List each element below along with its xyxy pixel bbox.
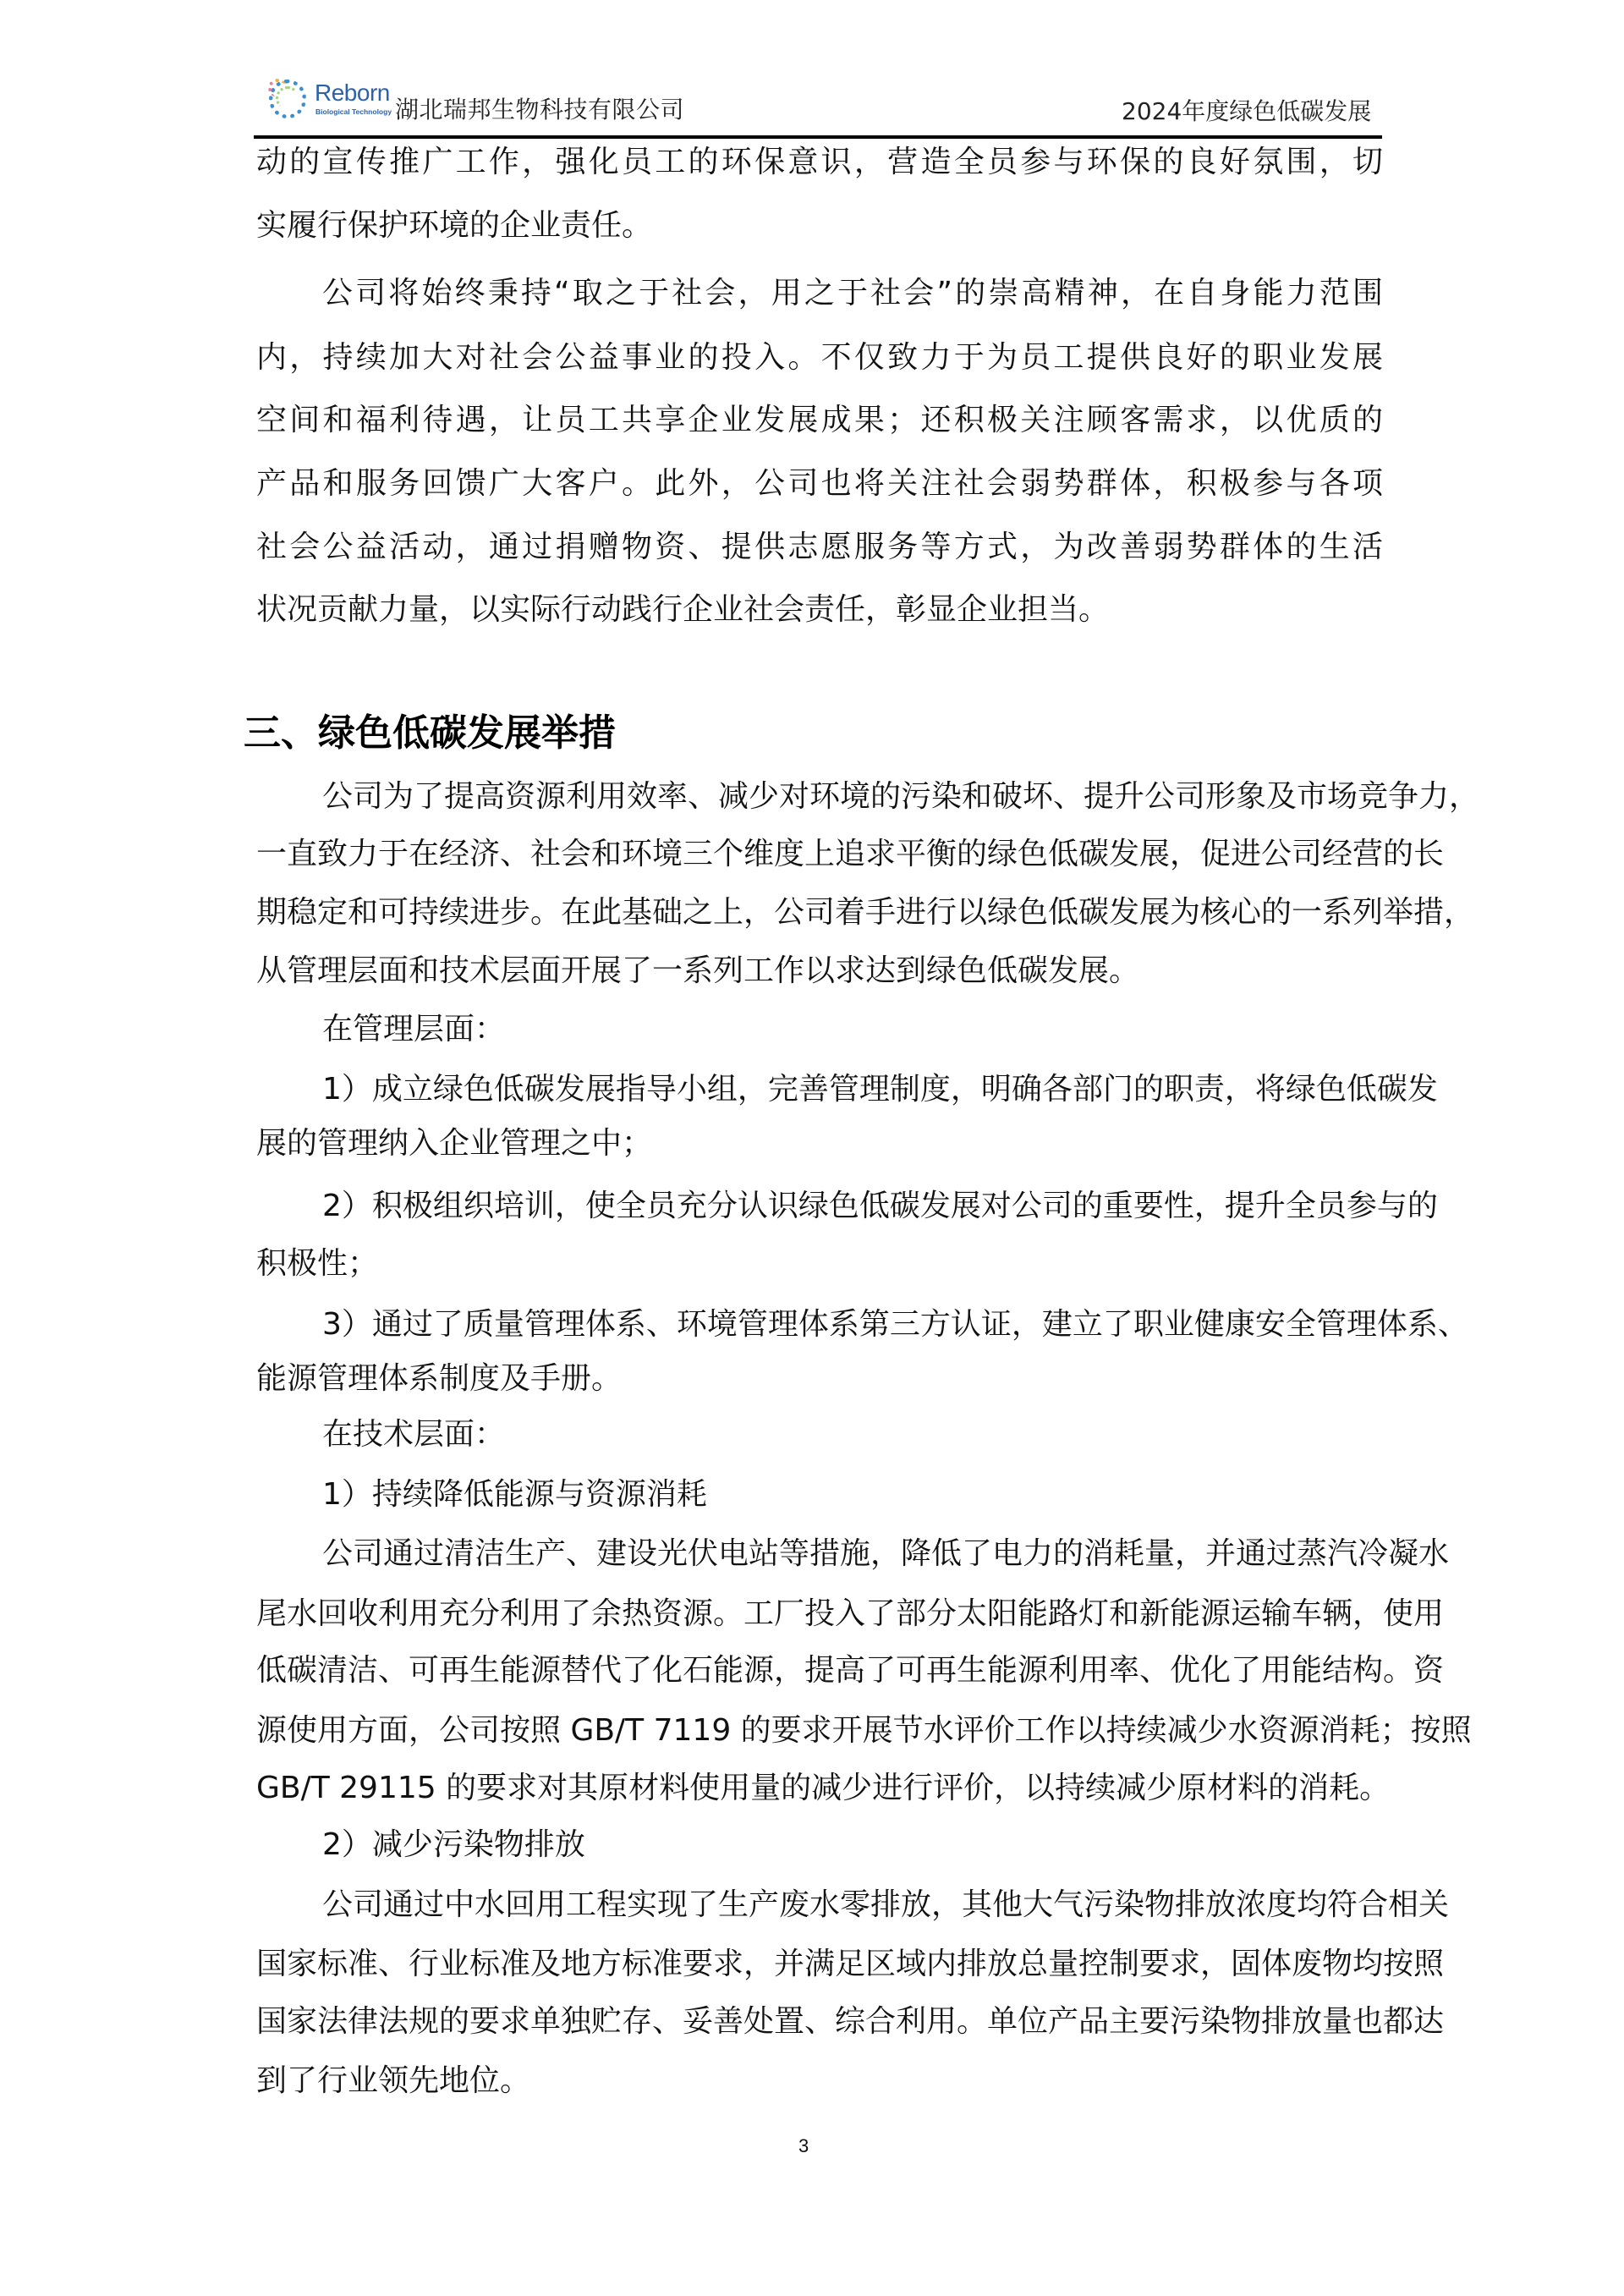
logo-tagline: Biological Technology [315, 107, 392, 116]
text-line: 产品和服务回馈广大客户。此外，公司也将关注社会弱势群体，积极参与各项 [256, 465, 1383, 503]
company-logo: Reborn Biological Technology [267, 76, 390, 125]
subsection-label: 在技术层面： [322, 1416, 1383, 1453]
text-line: 尾水回收利用充分利用了余热资源。工厂投入了部分太阳能路灯和新能源运输车辆，使用 [256, 1596, 1383, 1633]
list-item: 1）成立绿色低碳发展指导小组，完善管理制度，明确各部门的职责，将绿色低碳发 [322, 1071, 1383, 1108]
header-divider [254, 135, 1382, 139]
company-name: 湖北瑞邦生物科技有限公司 [395, 95, 684, 125]
list-item-continuation: 能源管理体系制度及手册。 [256, 1360, 1383, 1398]
list-item-continuation: 展的管理纳入企业管理之中； [256, 1125, 1383, 1162]
text-line: 社会公益活动，通过捐赠物资、提供志愿服务等方式，为改善弱势群体的生活 [256, 529, 1383, 566]
text-line: 公司为了提高资源利用效率、减少对环境的污染和破坏、提升公司形象及市场竞争力， [322, 778, 1383, 816]
text-line: 公司通过中水回用工程实现了生产废水零排放，其他大气污染物排放浓度均符合相关 [322, 1887, 1383, 1924]
text-line: 国家标准、行业标准及地方标准要求，并满足区域内排放总量控制要求，固体废物均按照 [256, 1946, 1383, 1983]
text-line: 内，持续加大对社会公益事业的投入。不仅致力于为员工提供良好的职业发展 [256, 339, 1383, 376]
page-number: 3 [798, 2135, 809, 2157]
text-line: 一直致力于在经济、社会和环境三个维度上追求平衡的绿色低碳发展，促进公司经营的长 [256, 836, 1383, 873]
item-title: 1）持续降低能源与资源消耗 [322, 1476, 1383, 1513]
logo-ring-icon [269, 80, 306, 118]
text-line: 状况贡献力量，以实际行动践行企业社会责任，彰显企业担当。 [256, 591, 1383, 629]
text-line: 公司通过清洁生产、建设光伏电站等措施，降低了电力的消耗量，并通过蒸汽冷凝水 [322, 1535, 1383, 1573]
text-line: 低碳清洁、可再生能源替代了化石能源，提高了可再生能源利用率、优化了用能结构。资 [256, 1652, 1383, 1689]
text-line: 实履行保护环境的企业责任。 [256, 207, 1383, 244]
text-line: 动的宣传推广工作，强化员工的环保意识，营造全员参与环保的良好氛围，切 [256, 144, 1383, 181]
text-line: 到了行业领先地位。 [256, 2063, 1383, 2100]
text-line: 期稳定和可持续进步。在此基础之上，公司着手进行以绿色低碳发展为核心的一系列举措， [256, 894, 1383, 931]
list-item: 3）通过了质量管理体系、环境管理体系第三方认证，建立了职业健康安全管理体系、 [322, 1306, 1383, 1343]
text-line: 空间和福利待遇，让员工共享企业发展成果；还积极关注顾客需求，以优质的 [256, 402, 1383, 439]
text-line: 公司将始终秉持“取之于社会，用之于社会”的崇高精神，在自身能力范围 [322, 275, 1383, 312]
list-item-continuation: 积极性； [256, 1245, 1383, 1283]
subsection-label: 在管理层面： [322, 1011, 1383, 1048]
section-heading: 三、绿色低碳发展举措 [244, 712, 616, 755]
text-line: 国家法律法规的要求单独贮存、妥善处置、综合利用。单位产品主要污染物排放量也都达 [256, 2003, 1383, 2041]
text-line: 从管理层面和技术层面开展了一系列工作以求达到绿色低碳发展。 [256, 953, 1383, 990]
document-page: Reborn Biological Technology 湖北瑞邦生物科技有限公… [0, 0, 1624, 2296]
logo-wordmark: Reborn [315, 80, 390, 107]
text-line: GB/T 29115 的要求对其原材料使用量的减少进行评价，以持续减少原材料的消… [256, 1770, 1383, 1807]
text-line: 源使用方面，公司按照 GB/T 7119 的要求开展节水评价工作以持续减少水资源… [256, 1712, 1383, 1749]
document-title: 2024年度绿色低碳发展 [1122, 96, 1371, 127]
list-item: 2）积极组织培训，使全员充分认识绿色低碳发展对公司的重要性，提升全员参与的 [322, 1188, 1383, 1225]
item-title: 2）减少污染物排放 [322, 1826, 1383, 1864]
